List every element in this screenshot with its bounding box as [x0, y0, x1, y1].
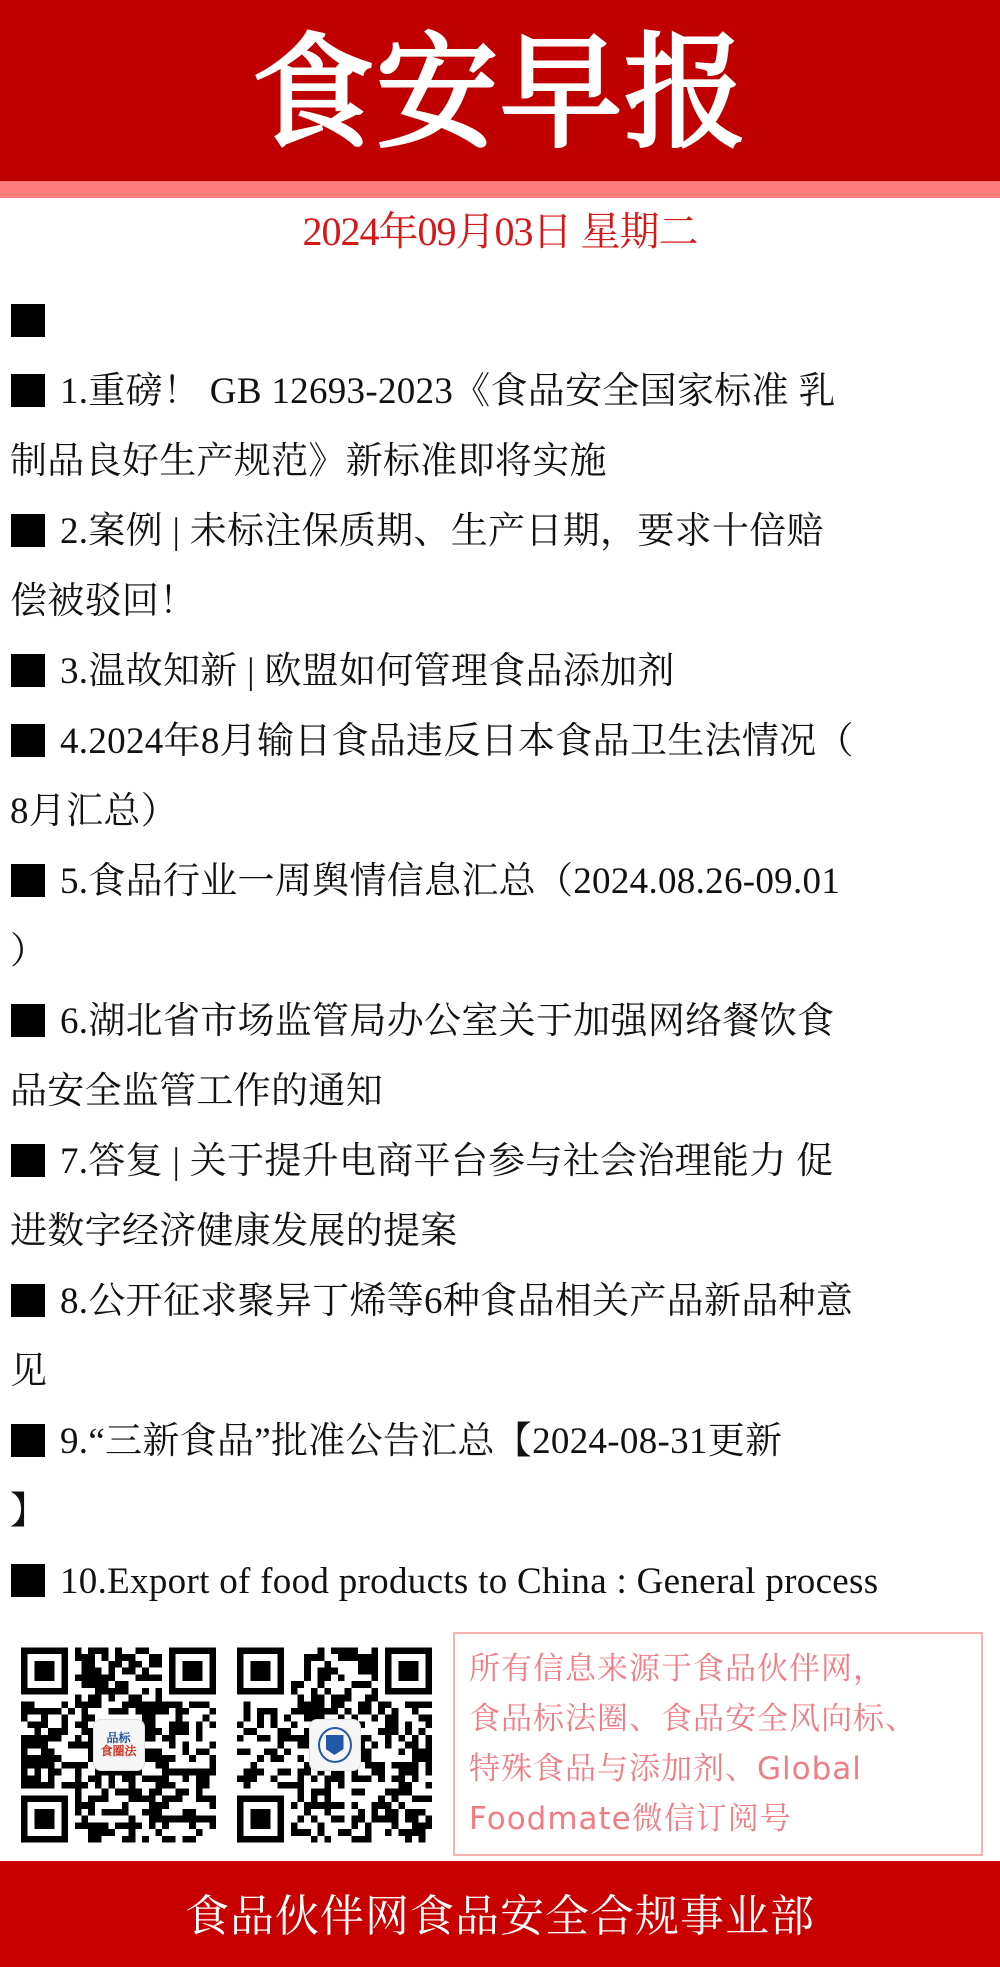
qr-code-foodmate[interactable]	[237, 1647, 432, 1843]
news-item-text-cont: 8月汇总）	[10, 791, 178, 832]
news-item-text: 3.温故知新 | 欧盟如何管理食品添加剂	[60, 651, 675, 692]
header-stripe	[0, 181, 1000, 198]
news-item-text-cont: 进数字经济健康发展的提案	[10, 1211, 458, 1252]
footer-text: 食品伙伴网食品安全合规事业部	[185, 1880, 815, 1944]
bullet-square-icon	[11, 304, 45, 337]
news-item-text: 6.湖北省市场监管局办公室关于加强网络餐饮食	[60, 1001, 834, 1042]
news-item-5[interactable]: 5.食品行业一周舆情信息汇总（2024.08.26-09.01 ）	[10, 847, 995, 987]
date-line: 2024年09月03日 星期二	[0, 208, 1000, 256]
bullet-square-icon	[11, 374, 45, 407]
news-item-6[interactable]: 6.湖北省市场监管局办公室关于加强网络餐饮食 品安全监管工作的通知	[10, 987, 995, 1127]
bullet-square-icon	[11, 654, 45, 687]
news-item-text: 4.2024年8月输日食品违反日本食品卫生法情况（	[60, 721, 854, 762]
bullet-square-icon	[11, 864, 45, 897]
news-item-8[interactable]: 8.公开征求聚异丁烯等6种食品相关产品新品种意 见	[10, 1267, 995, 1407]
bullet-square-icon	[11, 1564, 45, 1597]
qr-code-biaofaquan[interactable]: 品标 食圈法	[21, 1647, 216, 1843]
news-item-1[interactable]: 1.重磅！ GB 12693-2023《食品安全国家标准 乳 制品良好生产规范》…	[10, 357, 995, 497]
bullet-square-icon	[11, 1144, 45, 1177]
bullet-square-icon	[11, 514, 45, 547]
biaofaquan-logo-icon: 品标 食圈法	[93, 1719, 145, 1771]
news-item-text: 5.食品行业一周舆情信息汇总（2024.08.26-09.01	[60, 861, 840, 902]
news-item-text-cont: ）	[10, 931, 47, 972]
logo-line-2: 食圈法	[100, 1745, 136, 1758]
news-item-10[interactable]: 10.Export of food products to China : Ge…	[10, 1547, 995, 1617]
news-item-9[interactable]: 9.“三新食品”批准公告汇总【2024-08-31更新 】	[10, 1407, 995, 1547]
news-item-text-cont: 偿被驳回！	[10, 581, 197, 622]
source-info-box: 所有信息来源于食品伙伴网， 食品标法圈、食品安全风向标、 特殊食品与添加剂、Gl…	[453, 1632, 983, 1856]
news-item-3[interactable]: 3.温故知新 | 欧盟如何管理食品添加剂	[10, 637, 995, 707]
header-banner: 食安早报	[0, 0, 1000, 181]
news-item-text-cont: 制品良好生产规范》新标准即将实施	[10, 441, 607, 482]
info-line-4: Foodmate微信订阅号	[469, 1794, 981, 1844]
news-item-text-cont: 】	[10, 1491, 47, 1532]
info-line-1: 所有信息来源于食品伙伴网，	[469, 1644, 981, 1694]
news-item-text: 1.重磅！ GB 12693-2023《食品安全国家标准 乳	[60, 371, 836, 412]
news-item-text: 9.“三新食品”批准公告汇总【2024-08-31更新	[60, 1421, 782, 1462]
shield-badge-logo-icon	[309, 1719, 361, 1771]
bullet-square-icon	[11, 724, 45, 757]
news-item-text-cont: 见	[10, 1351, 47, 1392]
news-list: 1.重磅！ GB 12693-2023《食品安全国家标准 乳 制品良好生产规范》…	[10, 287, 995, 1617]
news-item-text-cont: 品安全监管工作的通知	[10, 1071, 383, 1112]
news-item-text: 7.答复 | 关于提升电商平台参与社会治理能力 促	[60, 1141, 833, 1182]
news-item-text: 8.公开征求聚异丁烯等6种食品相关产品新品种意	[60, 1281, 853, 1322]
news-item-2[interactable]: 2.案例 | 未标注保质期、生产日期，要求十倍赔 偿被驳回！	[10, 497, 995, 637]
bullet-square-icon	[11, 1004, 45, 1037]
news-lead-bullet	[10, 287, 995, 357]
bullet-square-icon	[11, 1284, 45, 1317]
page-title: 食安早报	[252, 30, 748, 154]
news-item-text: 10.Export of food products to China : Ge…	[60, 1561, 878, 1602]
footer-banner: 食品伙伴网食品安全合规事业部	[0, 1861, 1000, 1967]
info-line-3: 特殊食品与添加剂、Global	[469, 1744, 981, 1794]
news-item-4[interactable]: 4.2024年8月输日食品违反日本食品卫生法情况（ 8月汇总）	[10, 707, 995, 847]
info-line-2: 食品标法圈、食品安全风向标、	[469, 1694, 981, 1744]
news-item-7[interactable]: 7.答复 | 关于提升电商平台参与社会治理能力 促 进数字经济健康发展的提案	[10, 1127, 995, 1267]
news-item-text: 2.案例 | 未标注保质期、生产日期，要求十倍赔	[60, 511, 824, 552]
bullet-square-icon	[11, 1424, 45, 1457]
